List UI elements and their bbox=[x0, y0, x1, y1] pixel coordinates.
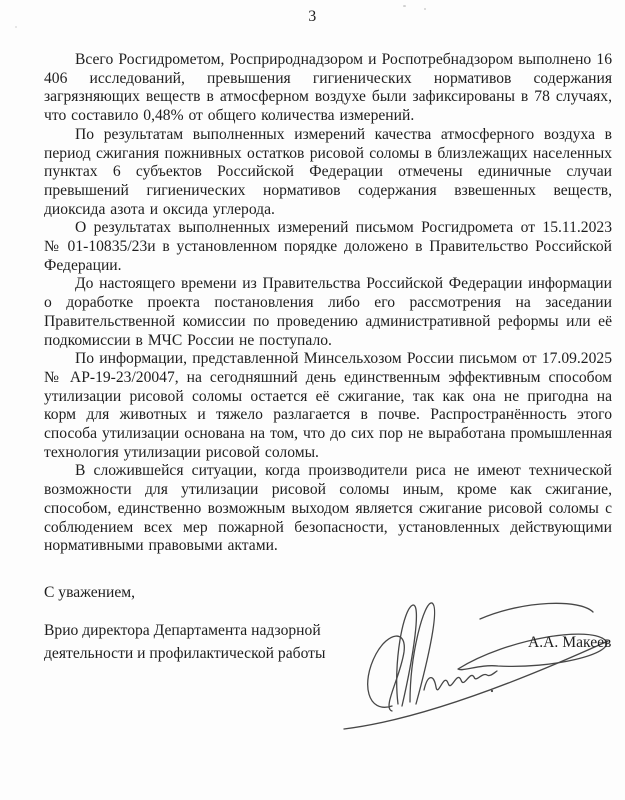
letter-body: Всего Росгидрометом, Росприроднадзором и… bbox=[44, 51, 612, 556]
paragraph: По результатам выполненных измерений кач… bbox=[44, 126, 612, 220]
scan-speck bbox=[424, 8, 426, 10]
salutation: С уважением, bbox=[44, 584, 135, 602]
paragraph: По информации, представленной Минсельхоз… bbox=[44, 350, 612, 462]
signer-name: А.А. Макеев bbox=[528, 634, 611, 652]
handwritten-signature-icon bbox=[340, 592, 625, 742]
letter-page: 3 Всего Росгидрометом, Росприроднадзором… bbox=[0, 0, 625, 800]
paragraph: Всего Росгидрометом, Росприроднадзором и… bbox=[44, 51, 612, 126]
scan-speck bbox=[403, 5, 406, 7]
paragraph: В сложившейся ситуации, когда производит… bbox=[44, 462, 612, 556]
signer-title: Врио директора Департамента надзорной де… bbox=[44, 620, 344, 665]
page-number: 3 bbox=[0, 8, 625, 26]
paragraph: До настоящего времени из Правительства Р… bbox=[44, 275, 612, 350]
paragraph: О результатах выполненных измерений пись… bbox=[44, 219, 612, 275]
scan-speck bbox=[15, 26, 17, 28]
